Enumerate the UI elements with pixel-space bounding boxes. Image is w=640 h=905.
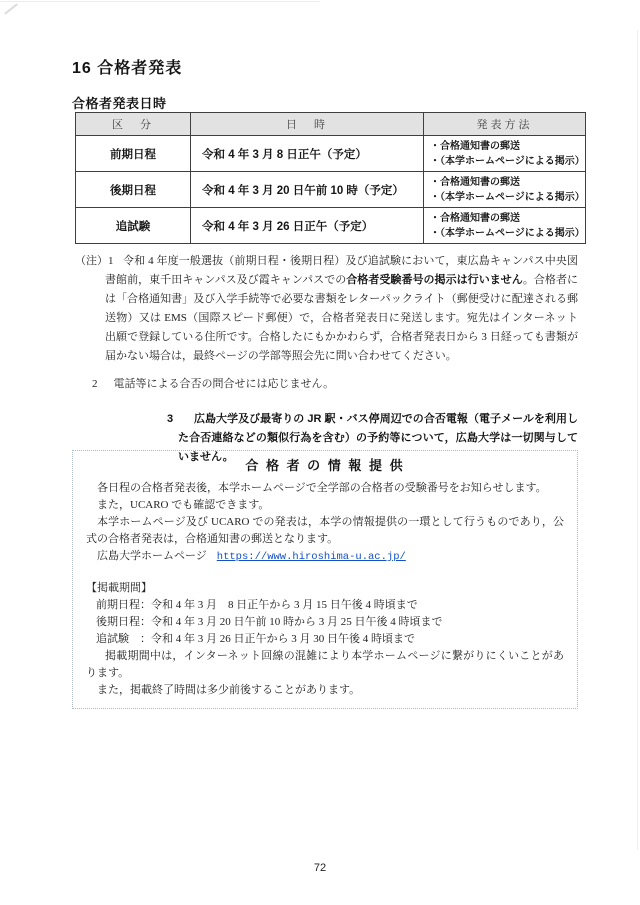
posting-period-note-1: 掲載期間中は，インターネット回線の混雑により本学ホームページに繋がりにくいことが… [86,648,564,682]
homepage-label: 広島大学ホームページ [97,550,207,562]
note-number: 2 [92,378,98,390]
note-item-2: 2電話等による合否の問合せには応じません。 [92,375,578,394]
table-header-category: 区 分 [76,113,191,136]
info-paragraph-3: 本学ホームページ及び UCARO での発表は，本学の情報提供の一環として行うもの… [86,514,564,548]
scan-artifact-right-line [637,30,638,850]
row-category: 後期日程 [76,172,191,208]
row-category: 追試験 [76,208,191,244]
method-line: ・合格通知書の郵送 [430,211,582,226]
scan-artifact-corner-mark [4,3,18,14]
homepage-line: 広島大学ホームページhttps://www.hiroshima-u.ac.jp/ [86,548,564,566]
method-line: ・（本学ホームページによる掲示） [430,190,582,205]
table-row: 前期日程 令和 4 年 3 月 8 日正午（予定） ・合格通知書の郵送 ・（本学… [76,136,586,172]
table-header-method: 発表方法 [424,113,586,136]
row-datetime: 令和 4 年 3 月 20 日午前 10 時（予定） [191,172,424,208]
info-paragraph-2: また，UCARO でも確認できます。 [86,497,564,514]
row-methods: ・合格通知書の郵送 ・（本学ホームページによる掲示） [424,208,586,244]
table-header-row: 区 分 日 時 発表方法 [76,113,586,136]
schedule-section-heading: 合格者発表日時 [72,93,167,112]
scan-artifact-top-line [0,1,320,2]
note2-text: 電話等による合否の問合せには応じません。 [114,378,335,390]
posting-period-heading: 【掲載期間】 [86,580,564,597]
note-label: （注）1 [75,252,114,271]
table-row: 追試験 令和 4 年 3 月 26 日正午（予定） ・合格通知書の郵送 ・（本学… [76,208,586,244]
university-homepage-link[interactable]: https://www.hiroshima-u.ac.jp/ [217,551,406,563]
row-datetime: 令和 4 年 3 月 26 日正午（予定） [191,208,424,244]
info-box-title: 合 格 者 の 情 報 提 供 [86,457,564,474]
applicant-info-box: 合 格 者 の 情 報 提 供 各日程の合格者発表後，本学ホームページで全学部の… [72,450,578,709]
table-header-datetime: 日 時 [191,113,424,136]
note-item-1: （注）1令和 4 年度一般選抜（前期日程・後期日程）及び追試験において，東広島キ… [105,252,578,366]
method-line: ・（本学ホームページによる掲示） [430,154,582,169]
row-datetime: 令和 4 年 3 月 8 日正午（予定） [191,136,424,172]
note-number: 3 [167,410,173,429]
posting-period-item: 前期日程：令和 4 年 3 月 8 日正午から 3 月 15 日午後 4 時頃ま… [96,597,564,614]
row-methods: ・合格通知書の郵送 ・（本学ホームページによる掲示） [424,172,586,208]
row-category: 前期日程 [76,136,191,172]
notes-section: （注）1令和 4 年度一般選抜（前期日程・後期日程）及び追試験において，東広島キ… [75,252,578,467]
note1-bold-text: 合格者受験番号の掲示は行いません [346,274,523,286]
posting-period-note-2: また，掲載終了時間は多少前後することがあります。 [86,682,564,699]
method-line: ・（本学ホームページによる掲示） [430,226,582,241]
announcement-schedule-table: 区 分 日 時 発表方法 前期日程 令和 4 年 3 月 8 日正午（予定） ・… [75,112,586,244]
info-paragraph-1: 各日程の合格者発表後，本学ホームページで全学部の合格者の受験番号をお知らせします… [86,480,564,497]
note1-text-after: 。合格者には「合格通知書」及び入学手続等で必要な書類をレターパックライト（郵便受… [105,274,578,362]
method-line: ・合格通知書の郵送 [430,139,582,154]
method-line: ・合格通知書の郵送 [430,175,582,190]
posting-period-item: 追試験 ：令和 4 年 3 月 26 日正午から 3 月 30 日午後 4 時頃… [96,631,564,648]
table-row: 後期日程 令和 4 年 3 月 20 日午前 10 時（予定） ・合格通知書の郵… [76,172,586,208]
posting-period-item: 後期日程：令和 4 年 3 月 20 日午前 10 時から 3 月 25 日午後… [96,614,564,631]
page-title: 16 合格者発表 [72,55,182,78]
row-methods: ・合格通知書の郵送 ・（本学ホームページによる掲示） [424,136,586,172]
page-number: 72 [0,862,640,874]
